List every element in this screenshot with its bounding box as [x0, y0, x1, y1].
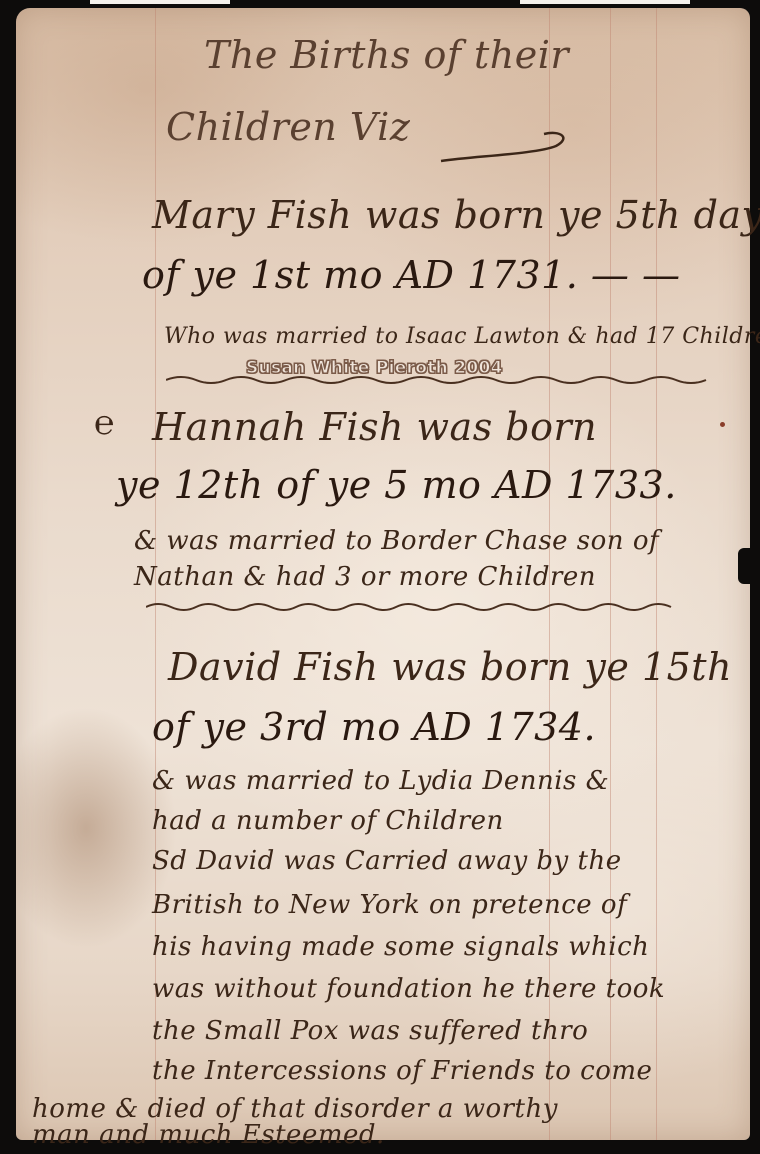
- manuscript-page: The Births of their Children Viz Mary Fi…: [16, 8, 750, 1140]
- torn-edge: [738, 548, 752, 584]
- flourish-underline: [436, 126, 576, 166]
- entry-david-note-7: the Small Pox was suffered thro: [152, 1018, 588, 1044]
- entry-david-birth-line-2: of ye 3rd mo AD 1734.: [152, 708, 596, 746]
- entry-separator-wavy: [166, 373, 726, 387]
- entry-mary-note: Who was married to Isaac Lawton & had 17…: [164, 326, 760, 348]
- entry-separator-wavy: [146, 600, 696, 614]
- entry-david-note-5: his having made some signals which: [152, 934, 649, 960]
- entry-david-note-2: had a number of Children: [152, 808, 504, 834]
- entry-hannah-note-2: Nathan & had 3 or more Children: [134, 564, 596, 590]
- flourish-mark: ℮: [94, 403, 114, 443]
- entry-david-note-6: was without foundation he there took: [152, 976, 665, 1002]
- entry-hannah-birth-line-1: Hannah Fish was born: [152, 408, 597, 446]
- heading-line-2: Children Viz: [166, 108, 410, 146]
- entry-hannah-note-1: & was married to Border Chase son of: [134, 528, 659, 554]
- entry-mary-birth-line-2: of ye 1st mo AD 1731. — —: [142, 256, 681, 294]
- entry-david-note-9: home & died of that disorder a worthy: [32, 1096, 558, 1122]
- ink-blot: [720, 422, 725, 427]
- scan-edge-gap: [90, 0, 230, 4]
- entry-david-note-10: man and much Esteemed.: [32, 1122, 385, 1148]
- entry-hannah-birth-line-2: ye 12th of ye 5 mo AD 1733.: [116, 466, 677, 504]
- heading-line-1: The Births of their: [204, 36, 569, 74]
- scan-frame: The Births of their Children Viz Mary Fi…: [0, 0, 760, 1154]
- entry-david-note-1: & was married to Lydia Dennis &: [152, 768, 609, 794]
- scan-edge-gap: [520, 0, 690, 4]
- entry-david-note-4: British to New York on pretence of: [152, 892, 627, 918]
- ruled-column-line: [610, 8, 611, 1140]
- entry-david-note-3: Sd David was Carried away by the: [152, 848, 622, 874]
- entry-david-note-8: the Intercessions of Friends to come: [152, 1058, 652, 1084]
- entry-david-birth-line-1: David Fish was born ye 15th: [168, 648, 732, 686]
- ruled-column-line: [656, 8, 657, 1140]
- entry-mary-birth-line-1: Mary Fish was born ye 5th day: [152, 196, 760, 234]
